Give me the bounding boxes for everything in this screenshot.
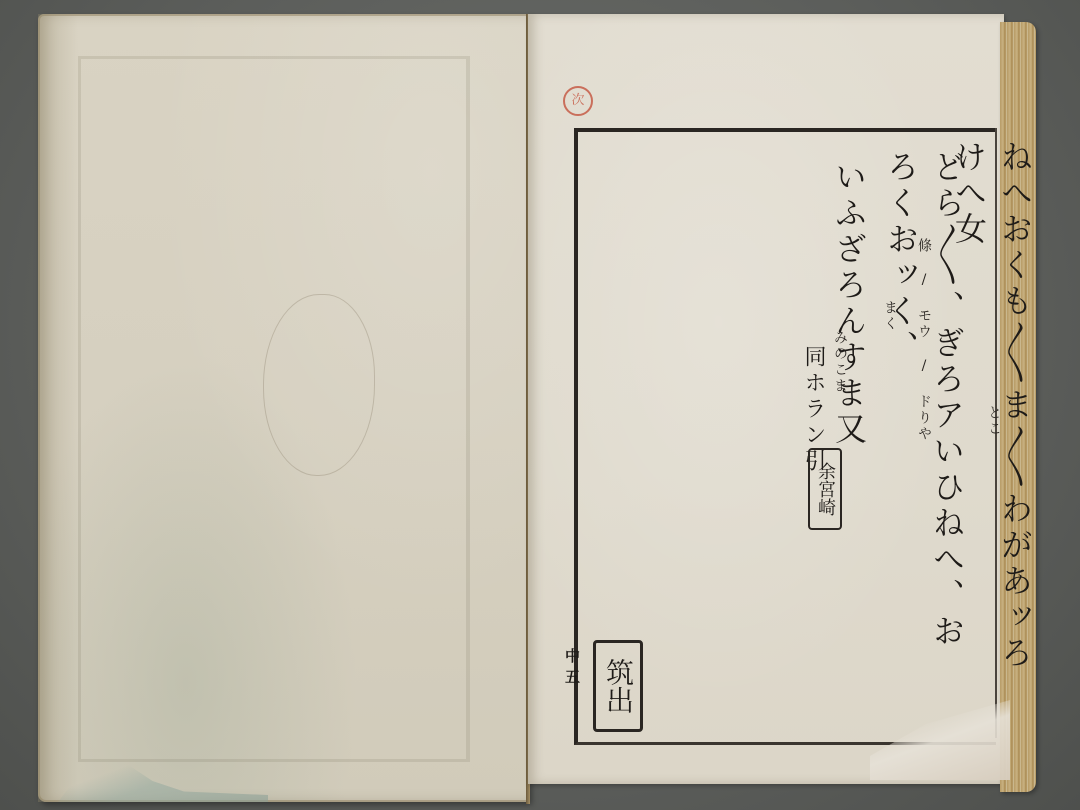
- publisher-stamp: 筑出: [593, 640, 643, 732]
- paper-crease: [263, 294, 375, 476]
- red-seal-icon: 次: [563, 86, 593, 116]
- edge-stain: [38, 14, 78, 802]
- ruby-column-1: とこ: [984, 405, 1004, 437]
- ruby-column-4: みのこま: [830, 330, 850, 394]
- text-column-3: いふざろんすま又: [826, 160, 872, 460]
- author-stamp: 余宮崎: [808, 448, 842, 530]
- page-number-label: 中五: [562, 648, 583, 690]
- open-book: 次 ねへおくも〳〵ま〳〵わがあッろけへ女 とこ どら〳〵、ぎろアいひねへ、おろく…: [0, 0, 1080, 810]
- ruby-column-2: 條 / モウ / ドりや: [914, 238, 934, 442]
- ruby-column-3: まく: [880, 300, 900, 332]
- left-page: [38, 14, 530, 802]
